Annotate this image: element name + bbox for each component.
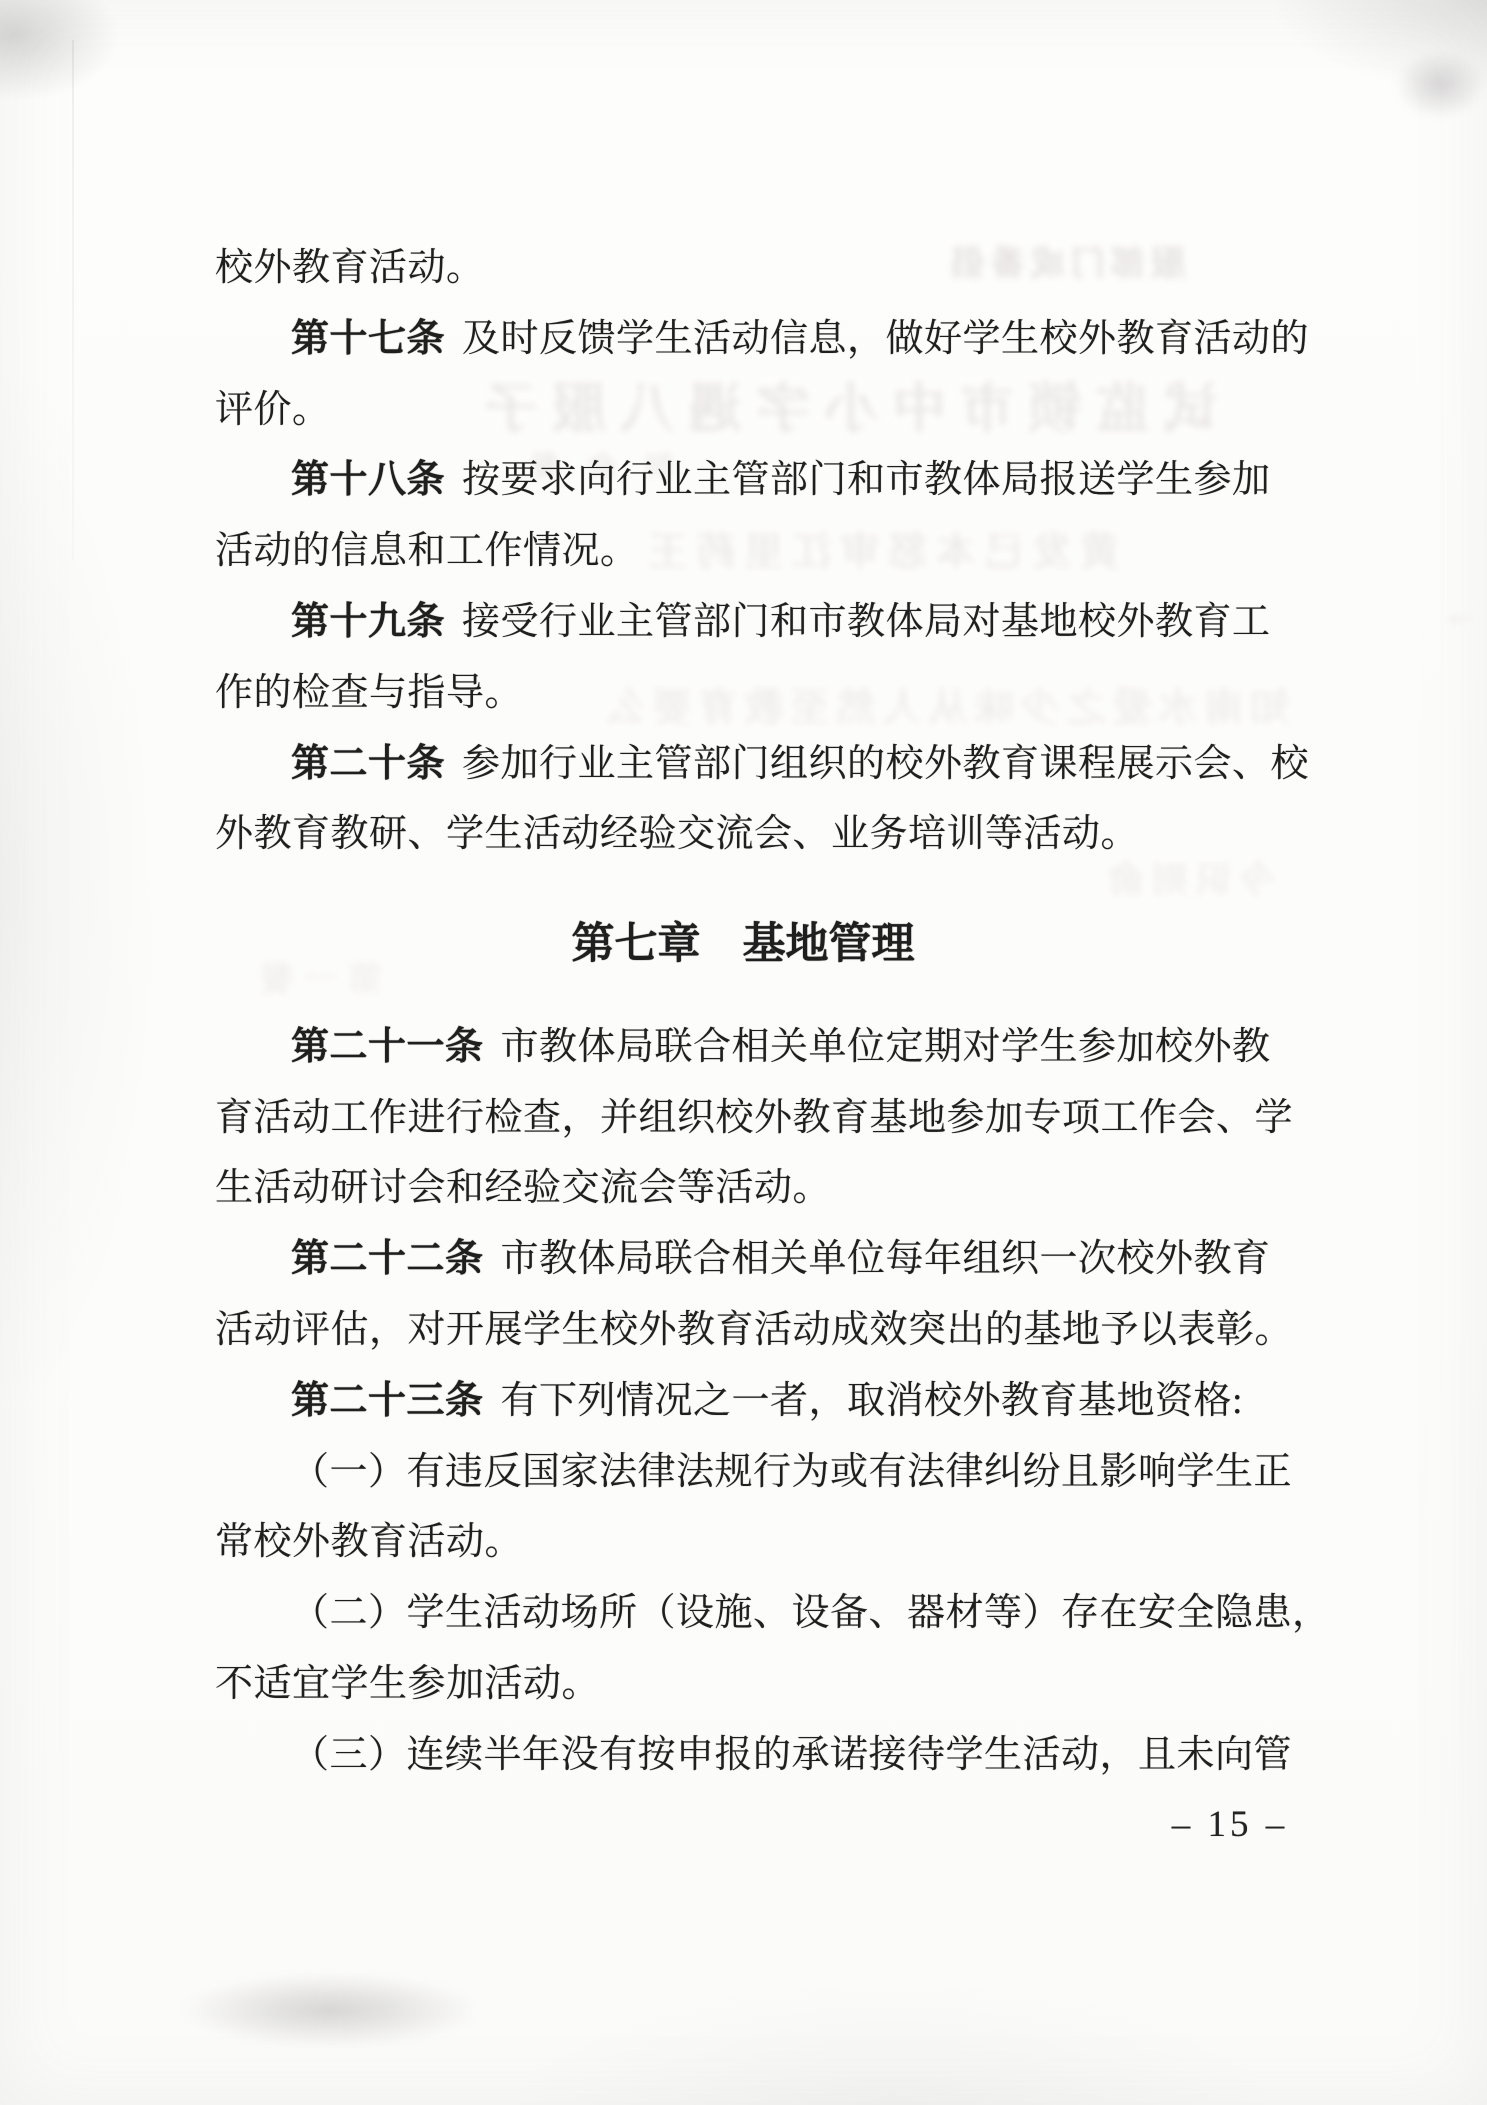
article-text-line: 第十八条按要求向行业主管部门和市教体局报送学生参加 — [215, 445, 1271, 516]
scan-artifact-streak — [72, 40, 74, 560]
article-number: 第十九条 — [291, 601, 445, 643]
page-number: – 15 – — [1120, 1798, 1340, 1852]
continuation-text-line: 校外教育活动。 — [215, 233, 1271, 304]
article-number: 第十八条 — [291, 459, 445, 501]
article-text-line: 第二十二条市教体局联合相关单位每年组织一次校外教育 — [215, 1224, 1271, 1295]
scan-smudge — [1380, 40, 1487, 130]
article-text-line: 第二十三条有下列情况之一者，取消校外教育基地资格: — [215, 1366, 1271, 1437]
article-text-line: 育活动工作进行检查，并组织校外教育基地参加专项工作会、学 — [215, 1083, 1271, 1154]
bleedthrough-mark: → — [1442, 592, 1478, 634]
scanned-document-page: 服部门或番倡试监锁市中小字遇八服子徊 俞 餐黄发已本怒审江里药王知南水爱之少味从… — [0, 0, 1487, 2105]
article-text-line: 外教育教研、学生活动经验交流会、业务培训等活动。 — [215, 799, 1271, 870]
article-number: 第二十条 — [291, 743, 445, 785]
article-text-line: 第十九条接受行业主管部门和市教体局对基地校外教育工 — [215, 587, 1271, 658]
chapter-number: 第七章 — [572, 910, 701, 971]
article-text-line: 评价。 — [215, 375, 1271, 446]
chapter-heading: 第七章基地管理 — [215, 870, 1271, 1012]
item-text-line: （二）学生活动场所（设施、设备、器材等）存在安全隐患， — [215, 1578, 1271, 1649]
item-text-line: 不适宜学生参加活动。 — [215, 1649, 1271, 1720]
item-text-line: （三）连续半年没有按申报的承诺接待学生活动，且未向管 — [215, 1720, 1271, 1791]
article-text-line: 第二十条参加行业主管部门组织的校外教育课程展示会、校 — [215, 729, 1271, 800]
article-text-line: 活动的信息和工作情况。 — [215, 516, 1271, 587]
chapter-title: 基地管理 — [743, 910, 915, 971]
item-text-line: 常校外教育活动。 — [215, 1507, 1271, 1578]
article-number: 第二十三条 — [291, 1380, 484, 1422]
article-text-line: 活动评估，对开展学生校外教育活动成效突出的基地予以表彰。 — [215, 1295, 1271, 1366]
document-content: 校外教育活动。第十七条及时反馈学生活动信息，做好学生校外教育活动的评价。第十八条… — [215, 233, 1271, 1791]
article-number: 第十七条 — [291, 318, 445, 360]
article-text-line: 第十七条及时反馈学生活动信息，做好学生校外教育活动的 — [215, 304, 1271, 375]
article-text-line: 生活动研讨会和经验交流会等活动。 — [215, 1153, 1271, 1224]
article-number: 第二十二条 — [291, 1238, 484, 1280]
item-text-line: （一）有违反国家法律法规行为或有法律纠纷且影响学生正 — [215, 1437, 1271, 1508]
scan-smudge — [130, 1960, 530, 2060]
article-text-line: 第二十一条市教体局联合相关单位定期对学生参加校外教 — [215, 1012, 1271, 1083]
article-text-line: 作的检查与指导。 — [215, 658, 1271, 729]
article-number: 第二十一条 — [291, 1026, 484, 1068]
